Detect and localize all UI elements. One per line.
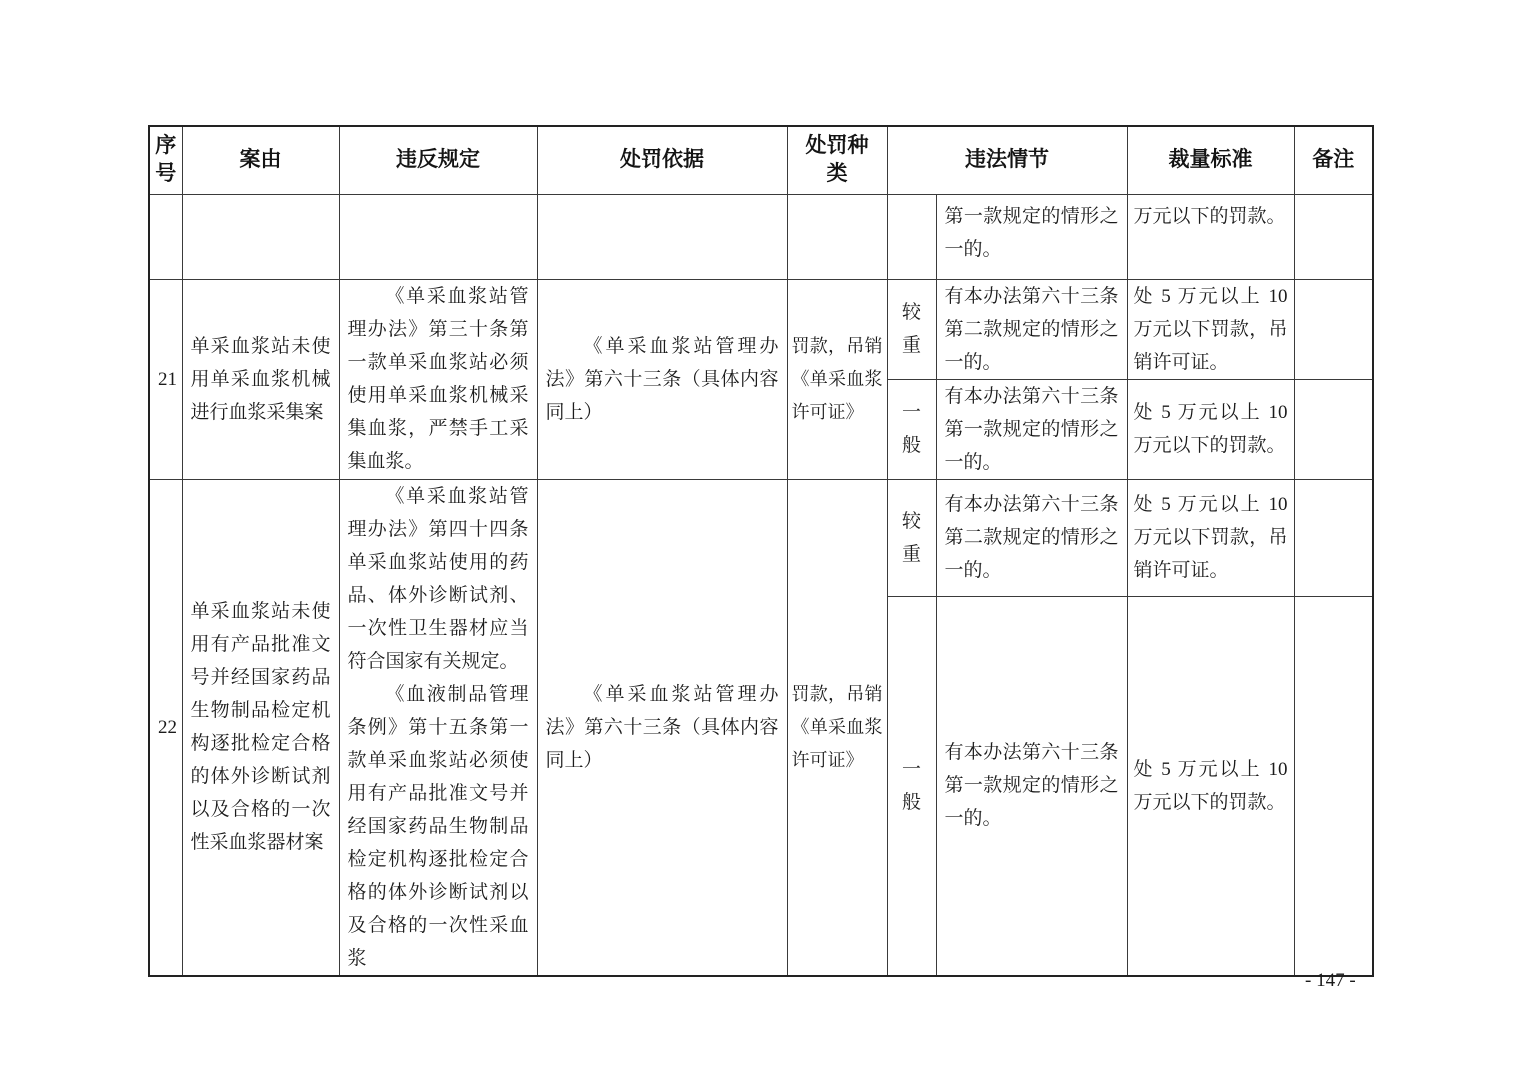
remark-cell xyxy=(1294,279,1373,379)
header-basis: 处罚依据 xyxy=(537,126,787,194)
circumstance-cell: 有本办法第六十三条第二款规定的情形之一的。 xyxy=(936,479,1127,596)
penalty-table: 序号 案由 违反规定 处罚依据 处罚种类 违法情节 裁量标准 备注 第一款规定的… xyxy=(148,125,1374,977)
basis-text: 《单采血浆站管理办法》第六十三条（具体内容同上） xyxy=(546,678,779,777)
standard-cell: 处 5 万元以上 10 万元以下罚款，吊销许可证。 xyxy=(1127,479,1294,596)
circumstance-cell: 有本办法第六十三条第一款规定的情形之一的。 xyxy=(936,379,1127,479)
circumstance-cell: 第一款规定的情形之一的。 xyxy=(936,194,1127,279)
violation-paragraph: 《血液制品管理条例》第十五条第一款单采血浆站必须使用有产品批准文号并经国家药品生… xyxy=(348,678,529,975)
severity-cell: 一般 xyxy=(887,596,936,975)
table-row-22-severe: 22 单采血浆站未使用有产品批准文号并经国家药品生物制品检定机构逐批检定合格的体… xyxy=(149,479,1373,596)
header-remark: 备注 xyxy=(1294,126,1373,194)
remark-cell xyxy=(1294,479,1373,596)
header-standard: 裁量标准 xyxy=(1127,126,1294,194)
header-circumstances: 违法情节 xyxy=(887,126,1127,194)
header-seq: 序号 xyxy=(149,126,182,194)
severity-cell xyxy=(887,194,936,279)
violation-paragraph: 《单采血浆站管理办法》第三十条第一款单采血浆站必须使用单采血浆机械采集血浆，严禁… xyxy=(348,280,529,478)
header-penalty-type: 处罚种类 xyxy=(787,126,887,194)
header-violation: 违反规定 xyxy=(339,126,537,194)
seq-cell: 22 xyxy=(149,479,182,976)
standard-cell: 处 5 万元以上 10 万元以下的罚款。 xyxy=(1127,379,1294,479)
basis-cell: 《单采血浆站管理办法》第六十三条（具体内容同上） xyxy=(537,279,787,479)
basis-text: 《单采血浆站管理办法》第六十三条（具体内容同上） xyxy=(546,330,779,429)
case-cell: 单采血浆站未使用有产品批准文号并经国家药品生物制品检定机构逐批检定合格的体外诊断… xyxy=(182,479,339,976)
severity-cell: 较重 xyxy=(887,479,936,596)
severity-cell: 一般 xyxy=(887,379,936,479)
header-case: 案由 xyxy=(182,126,339,194)
circumstance-cell: 有本办法第六十三条第二款规定的情形之一的。 xyxy=(936,279,1127,379)
violation-paragraph: 《单采血浆站管理办法》第四十四条单采血浆站使用的药品、体外诊断试剂、一次性卫生器… xyxy=(348,480,529,678)
seq-cell xyxy=(149,194,182,279)
table-row-21-severe: 21 单采血浆站未使用单采血浆机械进行血浆采集案 《单采血浆站管理办法》第三十条… xyxy=(149,279,1373,379)
standard-cell: 处 5 万元以上 10 万元以下的罚款。 xyxy=(1127,596,1294,975)
penalty-type-cell: 罚款，吊销《单采血浆许可证》 xyxy=(787,279,887,479)
case-cell: 单采血浆站未使用单采血浆机械进行血浆采集案 xyxy=(182,279,339,479)
case-cell xyxy=(182,194,339,279)
circumstance-cell: 有本办法第六十三条第一款规定的情形之一的。 xyxy=(936,596,1127,975)
seq-cell: 21 xyxy=(149,279,182,479)
standard-cell: 万元以下的罚款。 xyxy=(1127,194,1294,279)
document-page: 序号 案由 违反规定 处罚依据 处罚种类 违法情节 裁量标准 备注 第一款规定的… xyxy=(0,0,1520,1074)
header-row: 序号 案由 违反规定 处罚依据 处罚种类 违法情节 裁量标准 备注 xyxy=(149,126,1373,194)
severity-cell: 较重 xyxy=(887,279,936,379)
remark-cell xyxy=(1294,379,1373,479)
penalty-type-cell: 罚款，吊销《单采血浆许可证》 xyxy=(787,479,887,976)
basis-cell: 《单采血浆站管理办法》第六十三条（具体内容同上） xyxy=(537,479,787,976)
remark-cell xyxy=(1294,194,1373,279)
standard-cell: 处 5 万元以上 10 万元以下罚款，吊销许可证。 xyxy=(1127,279,1294,379)
penalty-type-cell xyxy=(787,194,887,279)
table-row-continuation: 第一款规定的情形之一的。 万元以下的罚款。 xyxy=(149,194,1373,279)
violation-cell: 《单采血浆站管理办法》第四十四条单采血浆站使用的药品、体外诊断试剂、一次性卫生器… xyxy=(339,479,537,976)
basis-cell xyxy=(537,194,787,279)
violation-cell xyxy=(339,194,537,279)
page-number: - 147 - xyxy=(1305,970,1356,992)
violation-cell: 《单采血浆站管理办法》第三十条第一款单采血浆站必须使用单采血浆机械采集血浆，严禁… xyxy=(339,279,537,479)
remark-cell xyxy=(1294,596,1373,975)
